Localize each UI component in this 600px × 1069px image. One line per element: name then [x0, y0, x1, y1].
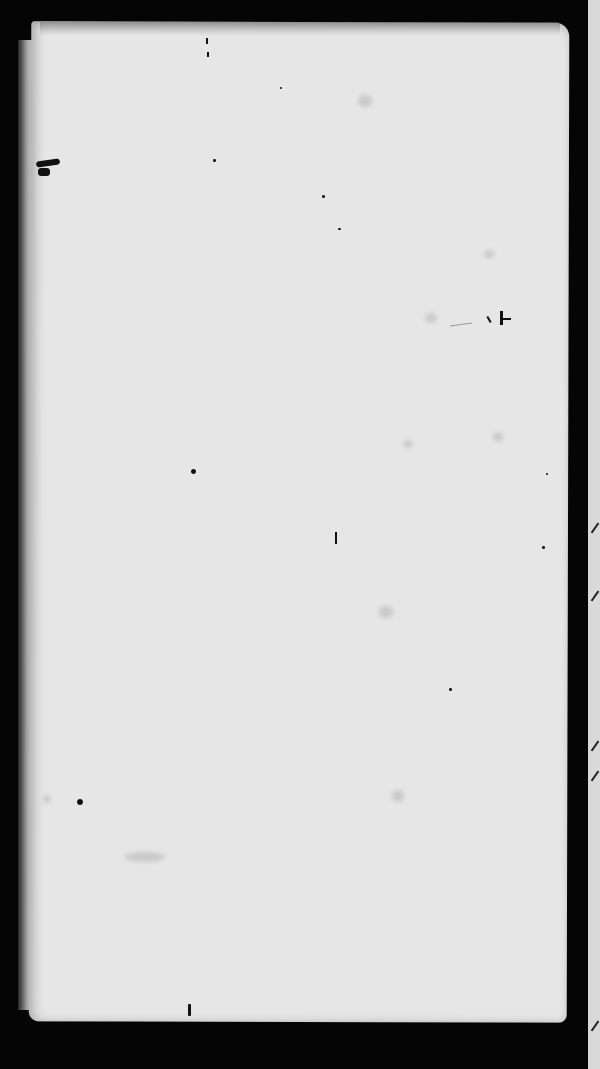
- speck: [335, 532, 337, 544]
- speck: [206, 38, 208, 44]
- speck: [503, 318, 511, 320]
- speck: [322, 195, 325, 198]
- speck: [77, 799, 83, 805]
- speck: [213, 159, 216, 162]
- ink-blot: [38, 168, 50, 176]
- speck: [542, 546, 545, 549]
- speck: [280, 87, 282, 89]
- speck: [546, 473, 548, 475]
- smudge: [425, 313, 437, 323]
- smudge: [493, 432, 503, 442]
- smudge: [392, 790, 404, 802]
- page-top-shadow: [40, 22, 560, 36]
- speck: [191, 469, 196, 474]
- smudge: [125, 852, 165, 862]
- smudge: [358, 95, 372, 107]
- adjacent-page-strip: [588, 0, 600, 1069]
- blank-page: [29, 21, 570, 1022]
- speck: [338, 228, 341, 230]
- smudge: [43, 795, 51, 803]
- scan-background: [0, 0, 600, 1069]
- smudge: [379, 606, 393, 618]
- speck: [207, 52, 209, 57]
- speck: [449, 688, 452, 691]
- smudge: [484, 250, 494, 258]
- speck: [188, 1004, 191, 1016]
- smudge: [403, 440, 413, 448]
